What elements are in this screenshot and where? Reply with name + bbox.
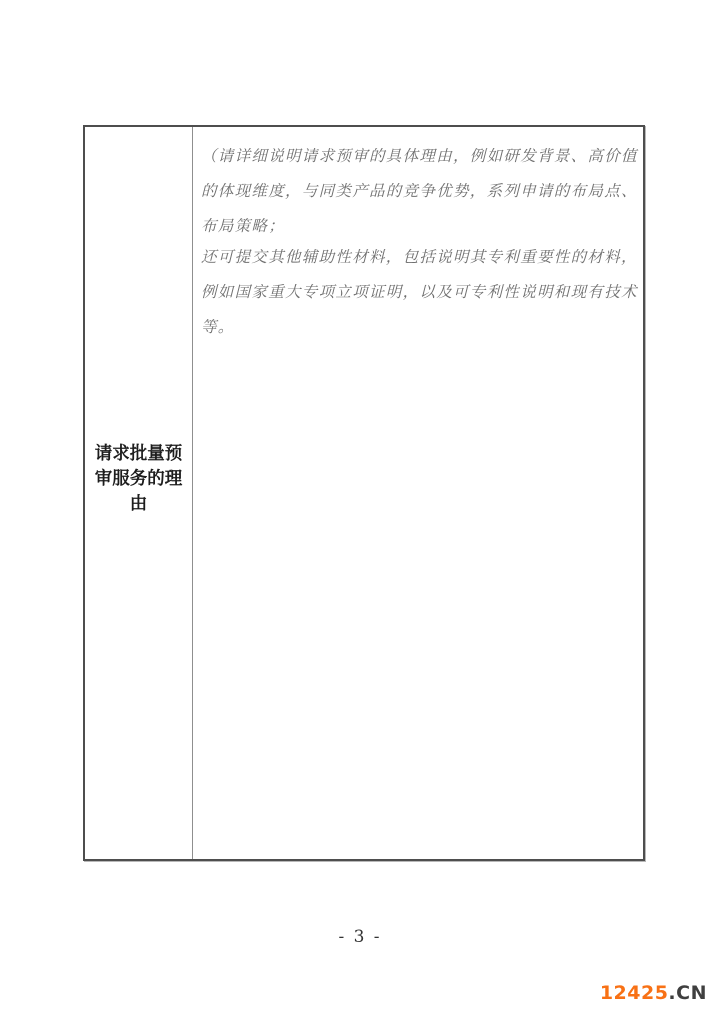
page-number: - 3 - (0, 927, 720, 947)
reason-table: 请求批量预审服务的理由 （请详细说明请求预审的具体理由，例如研发背景、高价值 的… (83, 125, 645, 861)
reason-content-cell: （请详细说明请求预审的具体理由，例如研发背景、高价值 的体现维度，与同类产品的竞… (193, 127, 643, 859)
reason-paragraph-2: 还可提交其他辅助性材料，包括说明其专利重要性的材料， 例如国家重大专项立项证明，… (201, 240, 637, 345)
site-watermark: 12425.CN (600, 982, 707, 1004)
reason-paragraph-1: （请详细说明请求预审的具体理由，例如研发背景、高价值 的体现维度，与同类产品的竞… (201, 139, 637, 244)
reason-line: 的体现维度，与同类产品的竞争优势，系列申请的布局点、 (201, 174, 637, 209)
row-header-cell: 请求批量预审服务的理由 (85, 127, 193, 859)
reason-line: 等。 (201, 310, 637, 345)
reason-line: 布局策略； (201, 209, 637, 244)
watermark-tld: .CN (668, 982, 707, 1004)
reason-line: 还可提交其他辅助性材料，包括说明其专利重要性的材料， (201, 240, 637, 275)
reason-line: （请详细说明请求预审的具体理由，例如研发背景、高价值 (201, 139, 637, 174)
row-label: 请求批量预审服务的理由 (93, 441, 185, 516)
reason-line: 例如国家重大专项立项证明，以及可专利性说明和现有技术 (201, 275, 637, 310)
watermark-site-number: 12425 (600, 982, 669, 1004)
